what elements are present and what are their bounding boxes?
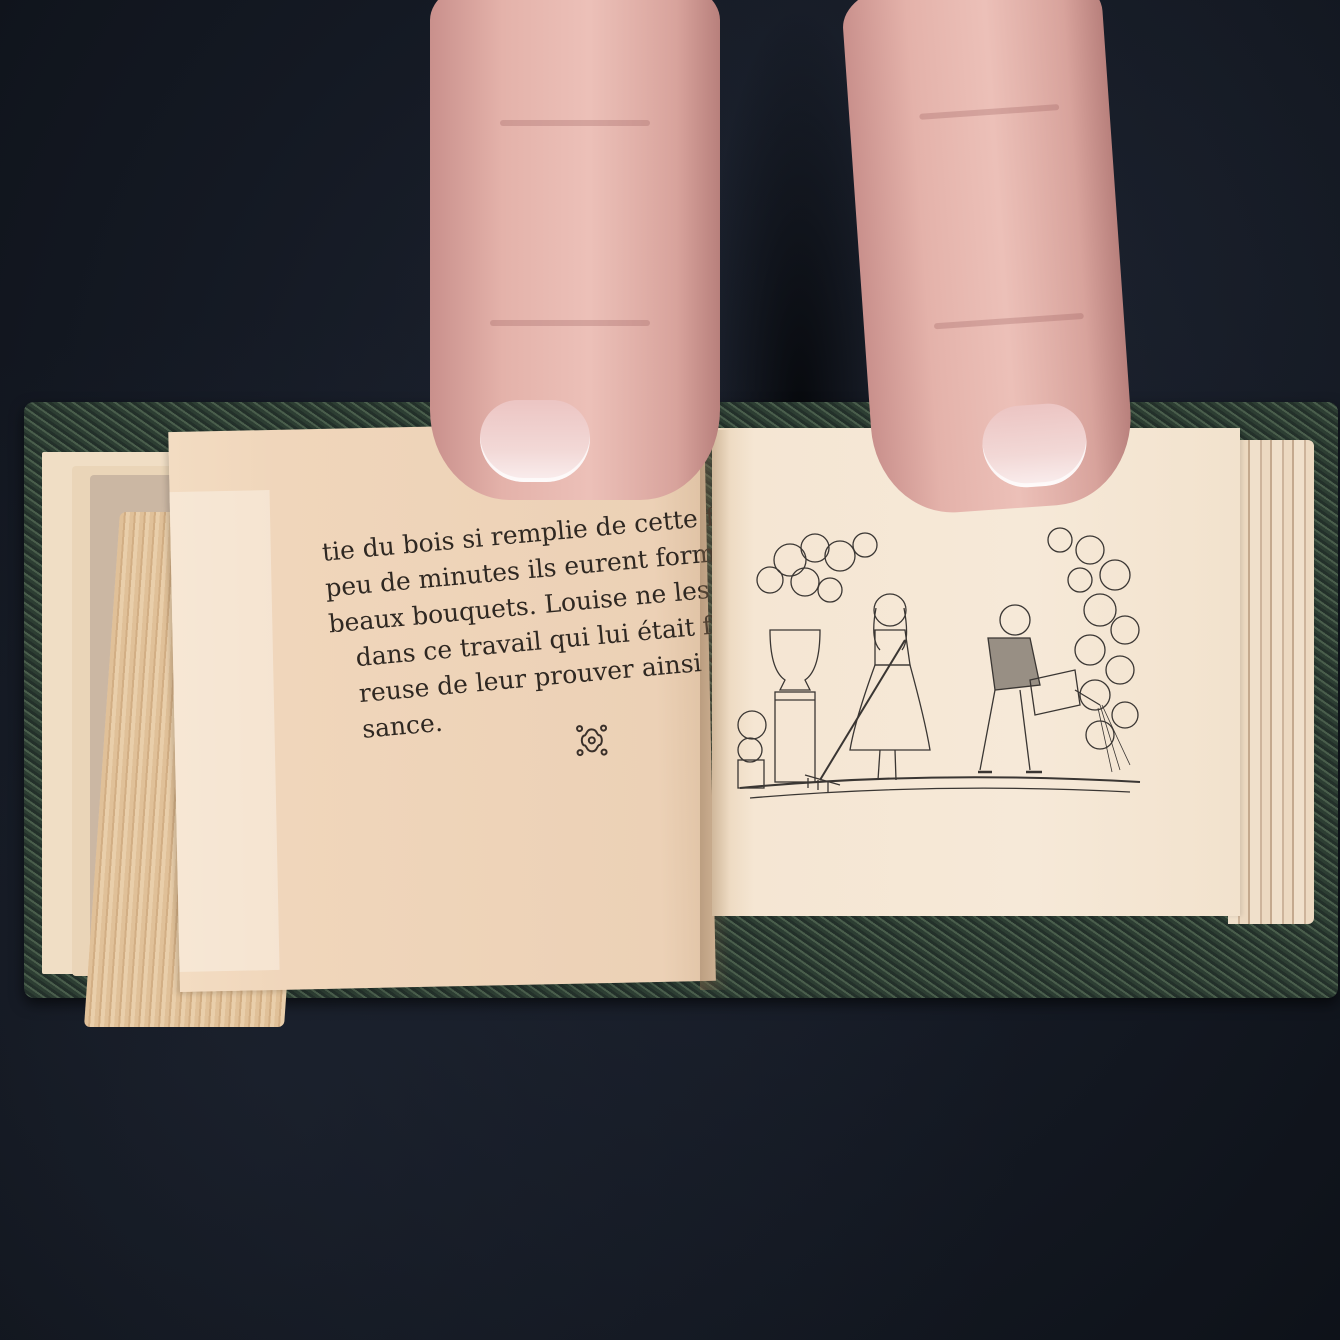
left-finger: [430, 0, 720, 500]
left-page: — 13 — tie du bois si remplie de cette f…: [168, 421, 716, 992]
knuckle-crease: [500, 120, 650, 126]
garden-engraving-illustration: [730, 520, 1150, 810]
page-stack-edges-right: [1228, 440, 1314, 924]
knuckle-crease: [934, 313, 1084, 329]
knuckle-crease: [919, 104, 1059, 120]
tree-foliage: [757, 533, 877, 602]
fleuron-ornament-icon: [574, 723, 609, 758]
page-text: tie du bois si remplie de cette fleur, p…: [320, 501, 718, 751]
right-finger: [840, 0, 1136, 518]
rose-bush: [1048, 528, 1139, 749]
fingernail: [480, 400, 590, 482]
knuckle-crease: [490, 320, 650, 326]
book-gutter: [700, 430, 730, 990]
page-light-strip: [170, 490, 280, 972]
fingernail: [980, 401, 1089, 490]
girl-figure: [805, 594, 930, 792]
